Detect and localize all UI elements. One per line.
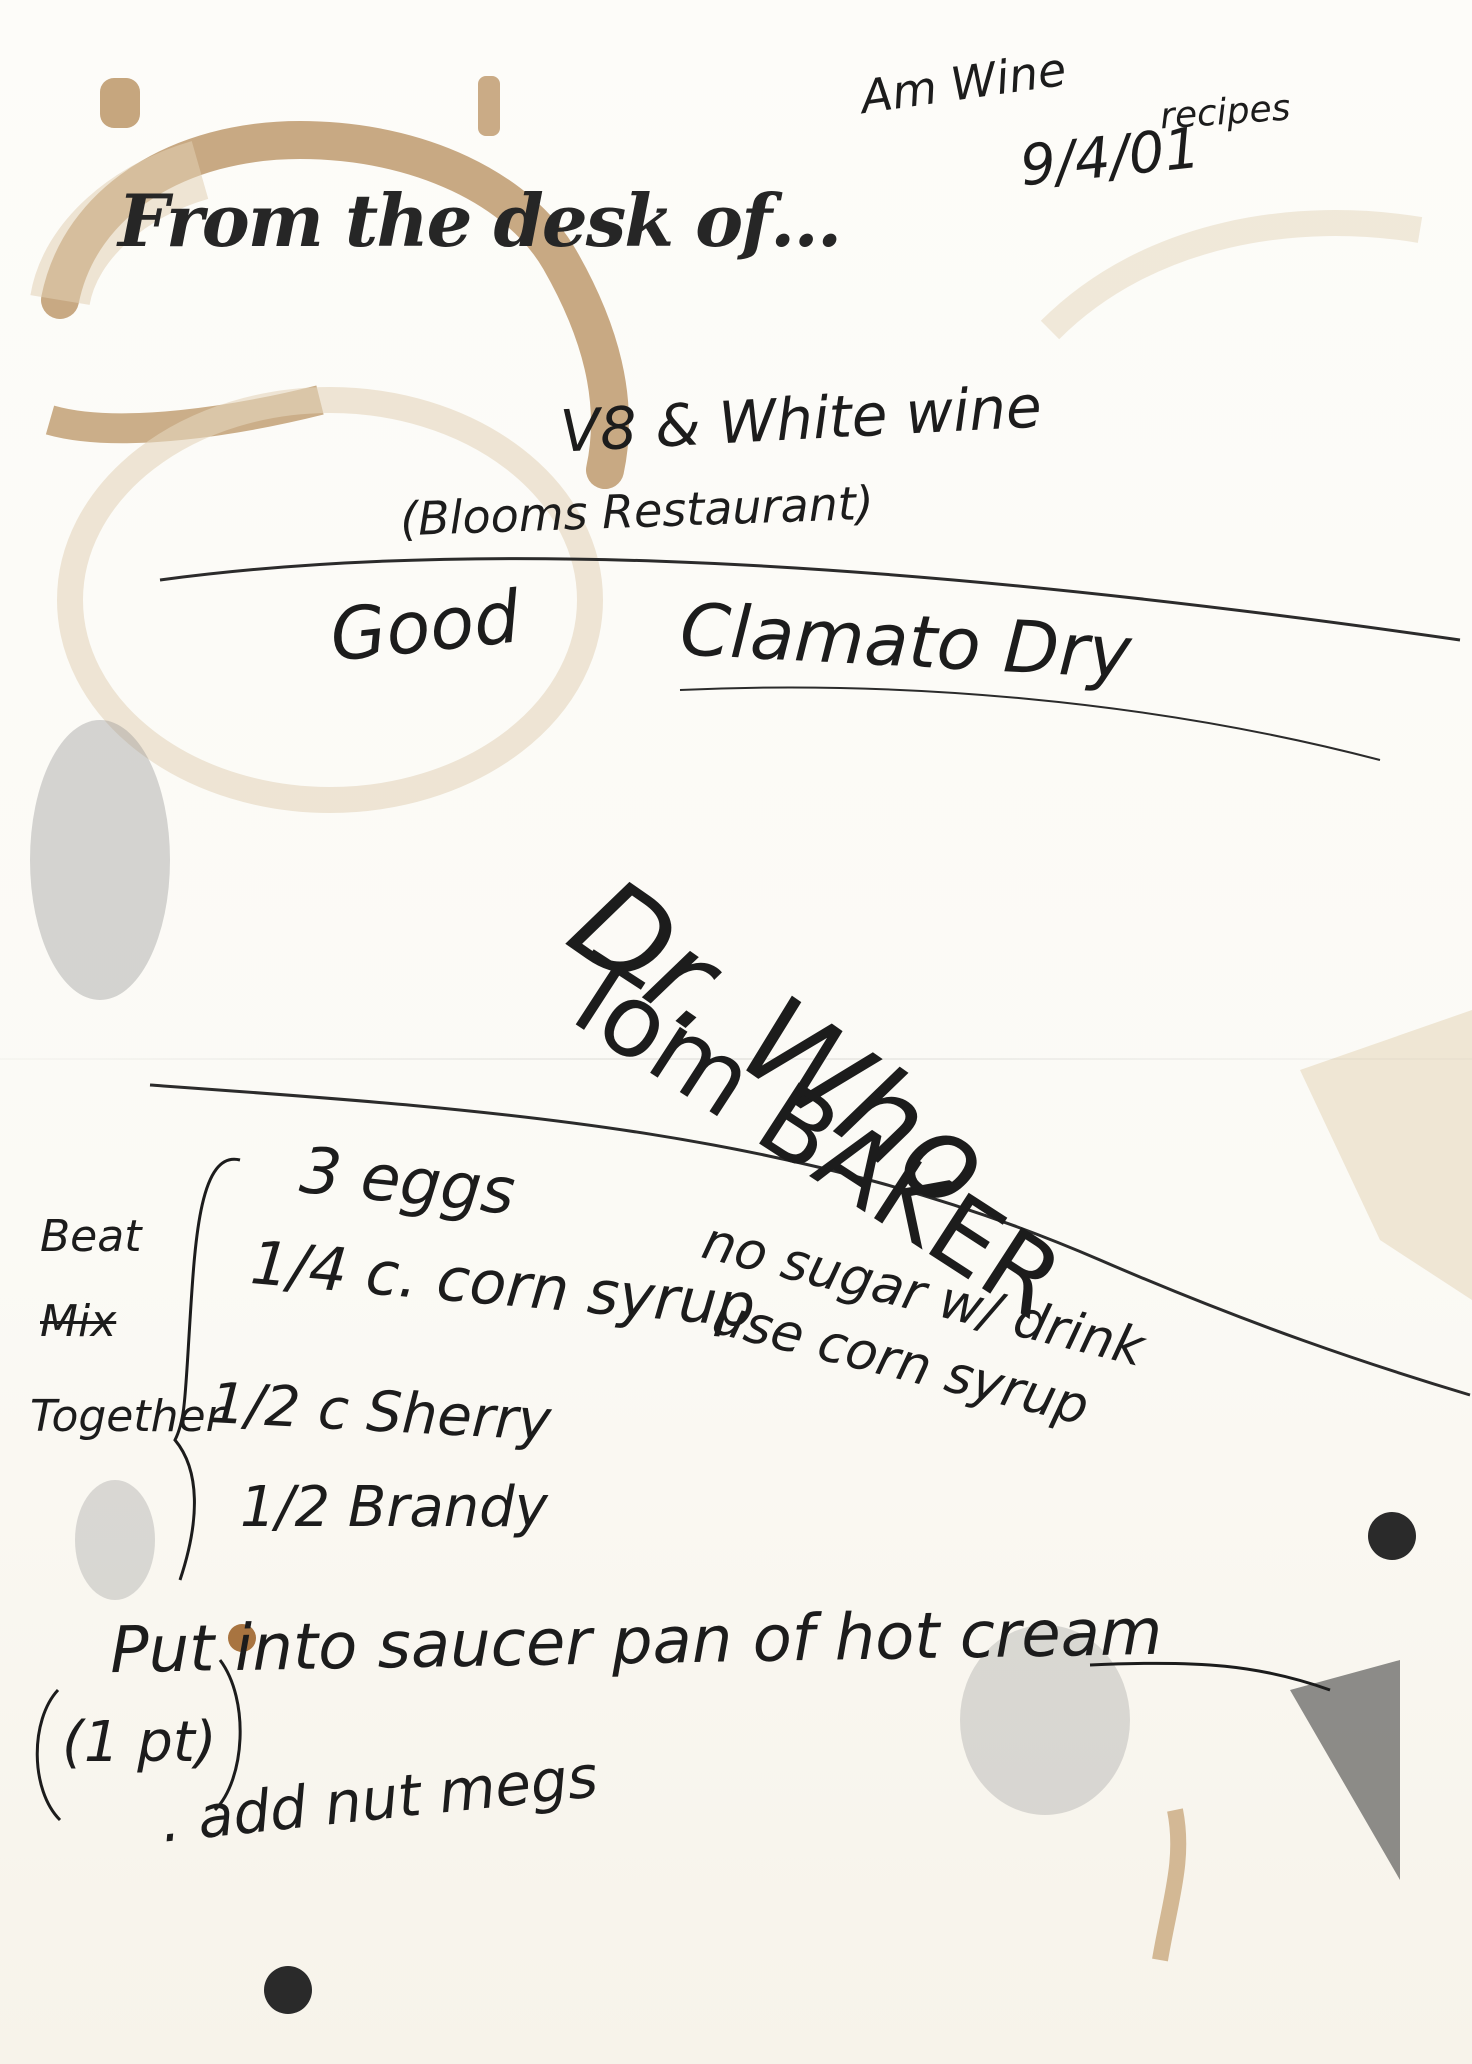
recipe-label-together: Together bbox=[30, 1395, 224, 1439]
recipe-label-beat: Beat bbox=[40, 1215, 141, 1259]
ingredient-brandy: 1/2 Brandy bbox=[240, 1480, 548, 1536]
printed-header: From the desk of… bbox=[118, 178, 840, 263]
section2-line1: Good bbox=[327, 580, 523, 671]
section2-line2: Clamato Dry bbox=[678, 593, 1133, 689]
instruction-line: Put into saucer pan of hot cream bbox=[110, 1601, 1163, 1683]
quantity-note: (1 pt) bbox=[62, 1715, 217, 1771]
recipe-label-mix-struck: Mix bbox=[40, 1300, 116, 1344]
